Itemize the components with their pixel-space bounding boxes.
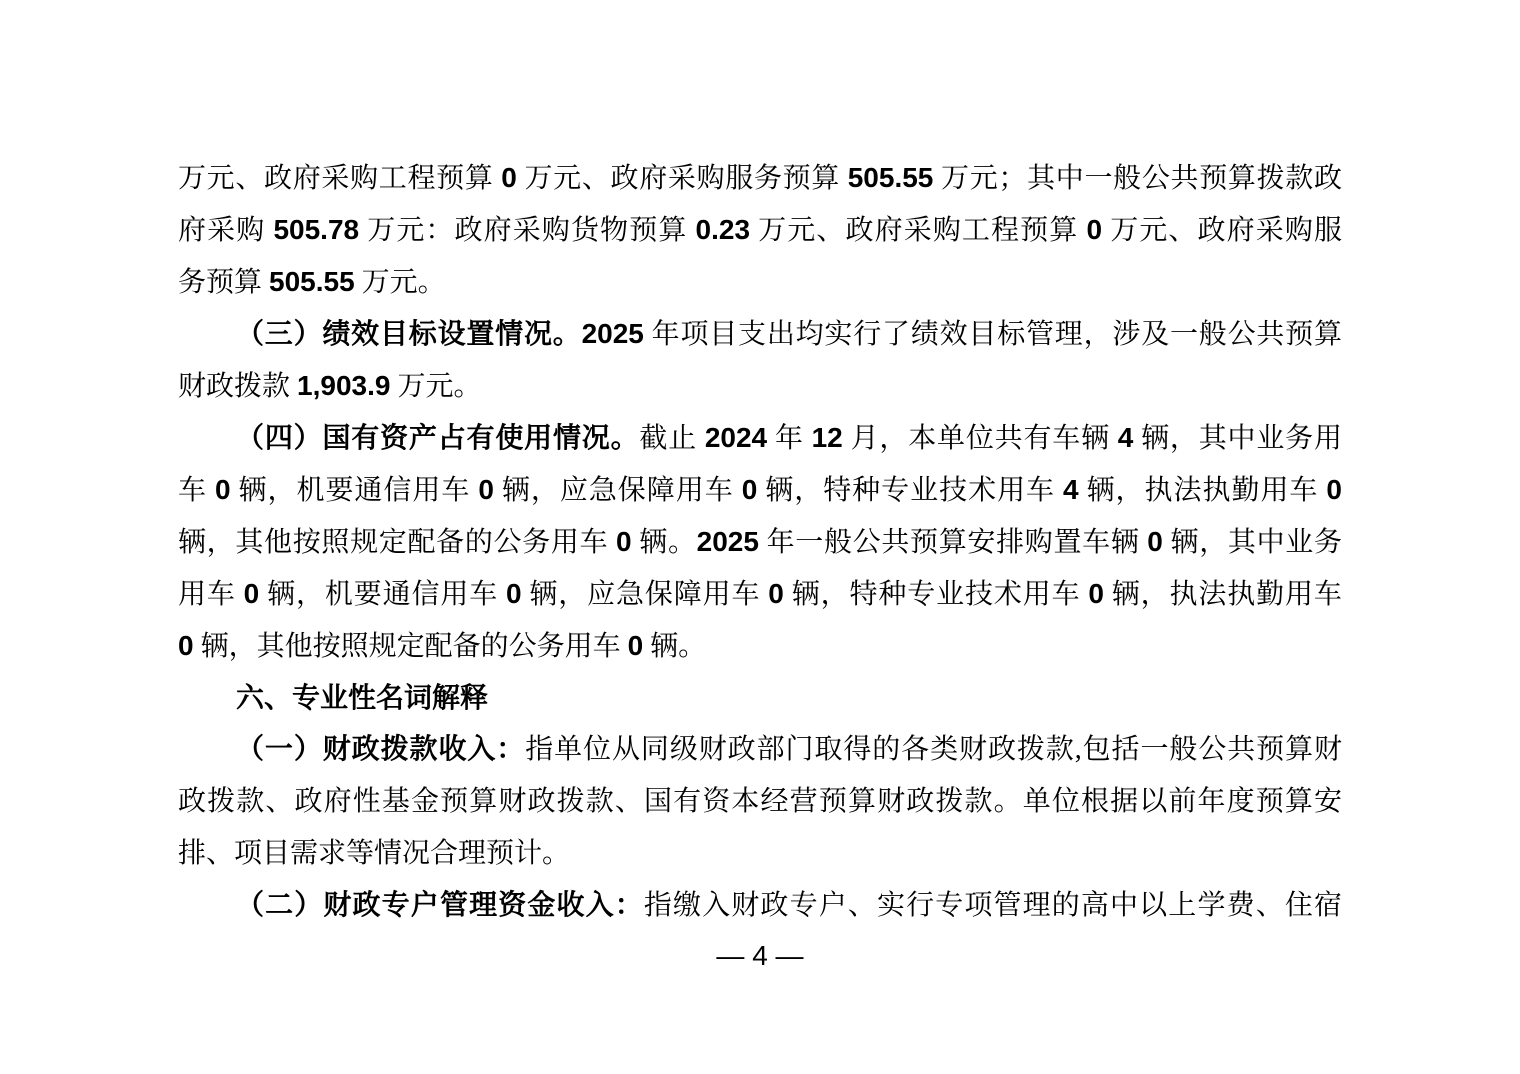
- text-line: （二）财政专户管理资金收入：指缴入财政专户、实行专项管理的高中以上学费、住宿: [178, 880, 1342, 932]
- body-text: 政拨款、政府性基金预算财政拨款、国有资本经营预算财政拨款。单位根据以前年度预算安: [178, 786, 1342, 817]
- numeric-text: 0: [478, 474, 494, 505]
- body-text: 万元、政府采购工程预算: [178, 163, 501, 194]
- text-line: 万元、政府采购工程预算 0 万元、政府采购服务预算 505.55 万元；其中一般…: [178, 152, 1342, 204]
- body-text: 指缴入财政专户、实行专项管理的高中以上学费、住宿: [644, 890, 1342, 921]
- bold-lead-text: （四）国有资产占有使用情况。: [236, 423, 639, 454]
- numeric-text: 2025: [697, 526, 759, 557]
- numeric-text: 4: [1063, 474, 1079, 505]
- body-text: 辆，特种专业技术用车: [784, 579, 1089, 610]
- numeric-text: 0: [742, 474, 758, 505]
- text-line: 车 0 辆，机要通信用车 0 辆，应急保障用车 0 辆，特种专业技术用车 4 辆…: [178, 464, 1342, 516]
- text-line: （一）财政拨款收入：指单位从同级财政部门取得的各类财政拨款,包括一般公共预算财: [178, 724, 1342, 776]
- text-line: 务预算 505.55 万元。: [178, 256, 1342, 308]
- text-line: 排、项目需求等情况合理预计。: [178, 828, 1342, 880]
- body-text: 辆，执法执勤用车: [1104, 579, 1342, 610]
- body-text: 用车: [178, 579, 244, 610]
- body-text: 指单位从同级财政部门取得的各类财政拨款,包括一般公共预算财: [525, 734, 1342, 765]
- body-text: 万元、政府采购工程预算: [750, 215, 1086, 246]
- numeric-text: 4: [1118, 422, 1134, 453]
- body-text: 截止: [639, 423, 704, 454]
- text-line: 用车 0 辆，机要通信用车 0 辆，应急保障用车 0 辆，特种专业技术用车 0 …: [178, 568, 1342, 620]
- body-text: 万元。: [390, 371, 481, 402]
- body-text: 万元、政府采购服: [1102, 215, 1342, 246]
- text-line: 财政拨款 1,903.9 万元。: [178, 360, 1342, 412]
- body-text: 辆，应急保障用车: [494, 475, 742, 506]
- text-line: 辆，其他按照规定配备的公务用车 0 辆。2025 年一般公共预算安排购置车辆 0…: [178, 516, 1342, 568]
- body-text: 辆，其中业务用: [1133, 423, 1342, 454]
- body-text: 务预算: [178, 267, 269, 298]
- text-line: 0 辆，其他按照规定配备的公务用车 0 辆。: [178, 620, 1342, 672]
- body-text: 财政拨款: [178, 371, 297, 402]
- body-text: 万元、政府采购服务预算: [517, 163, 848, 194]
- body-text: 辆，其中业务: [1163, 527, 1342, 558]
- numeric-text: 2025: [582, 318, 644, 349]
- numeric-text: 0: [244, 578, 260, 609]
- body-text: 辆。: [632, 527, 697, 558]
- numeric-text: 0: [768, 578, 784, 609]
- body-text: 年一般公共预算安排购置车辆: [759, 527, 1147, 558]
- text-line: （四）国有资产占有使用情况。截止 2024 年 12 月，本单位共有车辆 4 辆…: [178, 412, 1342, 464]
- numeric-text: 0: [1147, 526, 1163, 557]
- numeric-text: 0: [501, 162, 517, 193]
- numeric-text: 0: [628, 630, 644, 661]
- body-text: 车: [178, 475, 215, 506]
- numeric-text: 1,903.9: [297, 370, 390, 401]
- numeric-text: 0: [506, 578, 522, 609]
- body-text: 年项目支出均实行了绩效目标管理，涉及一般公共预算: [644, 319, 1342, 350]
- body-text: 万元；其中一般公共预算拨款政: [933, 163, 1342, 194]
- numeric-text: 0: [178, 630, 194, 661]
- body-text: 辆，其他按照规定配备的公务用车: [194, 631, 628, 662]
- section-heading-text: 六、专业性名词解释: [236, 682, 488, 713]
- body-text: 万元。: [355, 267, 446, 298]
- body-text: 辆，其他按照规定配备的公务用车: [178, 527, 616, 558]
- body-text: 年: [767, 423, 811, 454]
- numeric-text: 0: [215, 474, 231, 505]
- numeric-text: 0.23: [696, 214, 751, 245]
- body-text: 辆，机要通信用车: [231, 475, 479, 506]
- footer-page-number: — 4 —: [178, 934, 1342, 978]
- body-text: 排、项目需求等情况合理预计。: [178, 838, 570, 869]
- body-text: 辆，应急保障用车: [522, 579, 769, 610]
- numeric-text: 0: [616, 526, 632, 557]
- body-text: 辆。: [643, 631, 706, 662]
- numeric-text: 0: [1088, 578, 1104, 609]
- body-text: 辆，机要通信用车: [259, 579, 506, 610]
- numeric-text: 2024: [705, 422, 767, 453]
- numeric-text: 505.55: [269, 266, 355, 297]
- body-text: 府采购: [178, 215, 273, 246]
- numeric-text: 0: [1087, 214, 1103, 245]
- document-page: 万元、政府采购工程预算 0 万元、政府采购服务预算 505.55 万元；其中一般…: [0, 0, 1520, 1074]
- body-text: 辆，特种专业技术用车: [757, 475, 1063, 506]
- body-text: 月，本单位共有车辆: [843, 423, 1118, 454]
- text-line: 政拨款、政府性基金预算财政拨款、国有资本经营预算财政拨款。单位根据以前年度预算安: [178, 776, 1342, 828]
- section-heading: 六、专业性名词解释: [178, 672, 1342, 724]
- body-text: 辆，执法执勤用车: [1079, 475, 1327, 506]
- numeric-text: 0: [1326, 474, 1342, 505]
- bold-lead-text: （一）财政拨款收入：: [236, 734, 525, 765]
- text-line: （三）绩效目标设置情况。2025 年项目支出均实行了绩效目标管理，涉及一般公共预…: [178, 308, 1342, 360]
- numeric-text: 12: [812, 422, 843, 453]
- bold-lead-text: （三）绩效目标设置情况。: [236, 319, 582, 350]
- numeric-text: 505.78: [273, 214, 359, 245]
- numeric-text: 505.55: [848, 162, 934, 193]
- bold-lead-text: （二）财政专户管理资金收入：: [236, 890, 644, 921]
- body-text: 万元：政府采购货物预算: [359, 215, 695, 246]
- text-line: 府采购 505.78 万元：政府采购货物预算 0.23 万元、政府采购工程预算 …: [178, 204, 1342, 256]
- document-body: 万元、政府采购工程预算 0 万元、政府采购服务预算 505.55 万元；其中一般…: [178, 152, 1342, 932]
